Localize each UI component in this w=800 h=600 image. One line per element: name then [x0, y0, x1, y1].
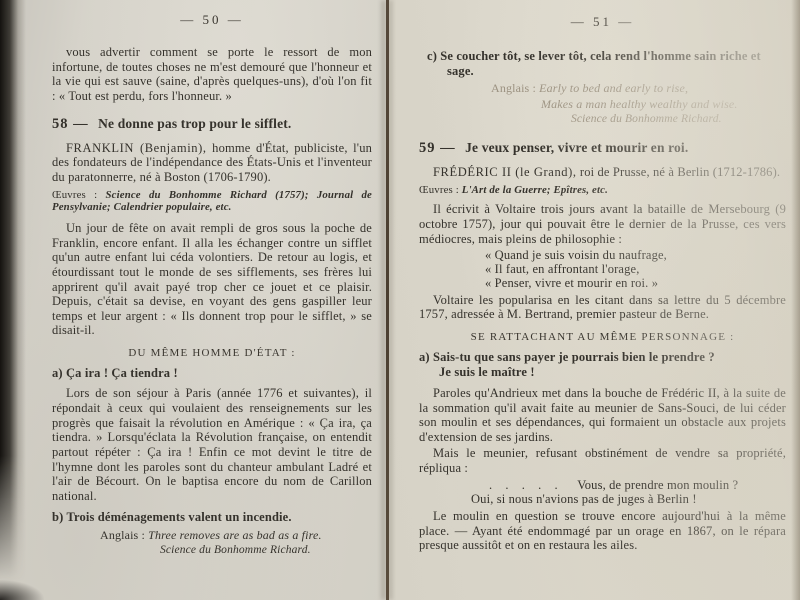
source-line-left: Science du Bonhomme Richard.	[160, 544, 372, 557]
verse-line-3: « Penser, vivre et mourir en roi. »	[485, 276, 786, 290]
entry-59-heading: 59 — Je veux penser, vivre et mourir en …	[419, 140, 786, 157]
right-page-content: — 51 — c) Se coucher tôt, se lever tôt, …	[389, 0, 800, 600]
quote-a-ca-ira: a) Ça ira ! Ça tiendra !	[52, 366, 372, 381]
section-heading-left: DU MÊME HOMME D'ÉTAT :	[52, 347, 372, 360]
franklin-works: Œuvres : Science du Bonhomme Richard (17…	[52, 189, 372, 214]
anglais-label-left: Anglais :	[100, 528, 145, 542]
page-number-right: — 51 —	[419, 14, 786, 29]
right-page: — 51 — c) Se coucher tôt, se lever tôt, …	[389, 0, 800, 600]
works-label-right: Œuvres :	[419, 184, 459, 196]
quote-a-sais-tu-line2: Je suis le maître !	[419, 365, 786, 380]
english-proverb-left: Three removes are as bad as a fire.	[148, 528, 321, 542]
verse-line-1: « Quand je suis voisin du naufrage,	[485, 248, 786, 262]
book-scan: — 50 — vous advertir comment se porte le…	[0, 0, 800, 600]
verse-line-2: « Il faut, en affrontant l'orage,	[485, 262, 786, 276]
english-proverb-line1: Early to bed and early to rise,	[539, 81, 688, 95]
works-titles-right: L'Art de la Guerre; Epîtres, etc.	[462, 184, 608, 196]
frederic-bio: FRÉDÉRIC II (le Grand), roi de Prusse, n…	[419, 165, 786, 180]
frederic-bio-text: roi de Prusse, né à Berlin (1712-1786).	[580, 165, 780, 179]
voltaire-note: Voltaire les popularisa en les citant da…	[419, 293, 786, 322]
english-line1-right: Anglais : Early to bed and early to rise…	[491, 82, 786, 95]
quote-b-demenagements: b) Trois déménagements valent un incendi…	[52, 510, 372, 525]
conclusion-paragraph: Le moulin en question se trouve encore a…	[419, 509, 786, 553]
andrieux-note: Paroles qu'Andrieux met dans la bouche d…	[419, 386, 786, 445]
section-heading-right: SE RATTACHANT AU MÊME PERSONNAGE :	[419, 331, 786, 344]
entry-59-number: 59 —	[419, 140, 456, 156]
voltaire-context: Il écrivit à Voltaire trois jours avant …	[419, 202, 786, 246]
mill-verse-line-2: Oui, si nous n'avions pas de juges à Ber…	[471, 492, 786, 507]
franklin-anecdote: Un jour de fête on avait rempli de gros …	[52, 221, 372, 338]
english-line2-right: Makes a man healthy wealthy and wise.	[541, 98, 786, 111]
frederic-name: FRÉDÉRIC II (le Grand),	[433, 165, 577, 179]
page-number-left: — 50 —	[52, 12, 372, 27]
franklin-bio: FRANKLIN (Benjamin), homme d'État, publi…	[52, 141, 372, 185]
english-line-left: Anglais : Three removes are as bad as a …	[100, 529, 372, 542]
entry-58-heading: 58 — Ne donne pas trop pour le sifflet.	[52, 116, 372, 133]
left-page-content: — 50 — vous advertir comment se porte le…	[0, 0, 388, 600]
entry-58-number: 58 —	[52, 116, 89, 132]
continuation-paragraph: vous advertir comment se porte le ressor…	[52, 45, 372, 104]
mill-verse-line-1: . . . . . Vous, de prendre mon moulin ?	[489, 478, 786, 493]
quote-a-sais-tu-line1: a) Sais-tu que sans payer je pourrais bi…	[419, 350, 786, 365]
works-titles-left: Science du Bonhomme Richard (1757); Jour…	[52, 189, 372, 214]
miller-note: Mais le meunier, refusant obstinément de…	[419, 446, 786, 475]
entry-58-title: Ne donne pas trop pour le sifflet.	[98, 116, 291, 131]
anglais-label-right: Anglais :	[491, 81, 536, 95]
quote-c-coucher-tot: c) Se coucher tôt, se lever tôt, cela re…	[427, 49, 786, 78]
ca-ira-note: Lors de son séjour à Paris (année 1776 e…	[52, 386, 372, 503]
entry-59-title: Je veux penser, vivre et mourir en roi.	[465, 140, 688, 155]
left-page: — 50 — vous advertir comment se porte le…	[0, 0, 388, 600]
source-line-right: Science du Bonhomme Richard.	[571, 113, 786, 126]
franklin-name: FRANKLIN (Benjamin),	[66, 141, 207, 155]
works-label-left: Œuvres :	[52, 189, 97, 201]
frederic-works: Œuvres : L'Art de la Guerre; Epîtres, et…	[419, 184, 786, 197]
